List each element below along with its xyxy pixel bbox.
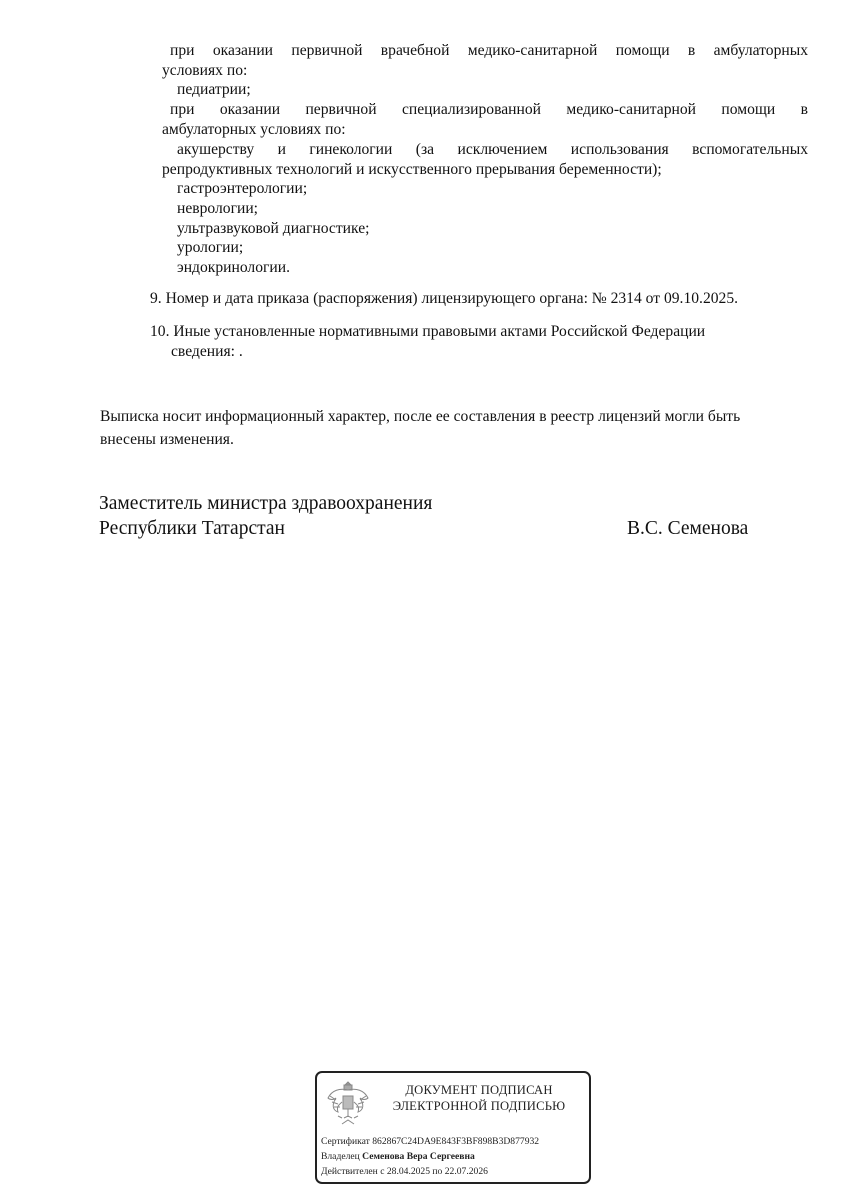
- certificate-value: 862867C24DA9E843F3BF898B3D877932: [372, 1136, 539, 1147]
- activity-item: эндокринологии.: [177, 258, 290, 277]
- activity-item: гастроэнтерологии;: [177, 179, 307, 198]
- coat-of-arms-icon: [324, 1078, 372, 1128]
- activity-item-cont: репродуктивных технологий и искусственно…: [162, 160, 662, 179]
- validity-row: Действителен с 28.04.2025 по 22.07.2026: [321, 1166, 488, 1178]
- owner-value: Семенова Вера Сергеевна: [362, 1151, 475, 1162]
- activity-item: педиатрии;: [177, 80, 251, 99]
- primary-care-intro: при оказании первичной врачебной медико-…: [162, 41, 808, 60]
- order-number-item: 9. Номер и дата приказа (распоряжения) л…: [150, 289, 738, 308]
- other-info-item: 10. Иные установленные нормативными прав…: [150, 322, 705, 341]
- signatory-position: Заместитель министра здравоохранения: [99, 492, 432, 516]
- other-info-item-cont: сведения: .: [171, 342, 243, 361]
- activity-item: урологии;: [177, 238, 243, 257]
- specialized-care-intro-cont: амбулаторных условиях по:: [162, 120, 346, 139]
- stamp-title: ДОКУМЕНТ ПОДПИСАН ЭЛЕКТРОННОЙ ПОДПИСЬЮ: [379, 1082, 579, 1114]
- activity-item: ультразвуковой диагностике;: [177, 219, 369, 238]
- signatory-name: В.С. Семенова: [627, 517, 748, 541]
- disclaimer-note-cont: внесены изменения.: [100, 428, 234, 452]
- primary-care-intro-cont: условиях по:: [162, 61, 247, 80]
- electronic-signature-stamp: ДОКУМЕНТ ПОДПИСАН ЭЛЕКТРОННОЙ ПОДПИСЬЮ С…: [315, 1071, 591, 1184]
- certificate-row: Сертификат 862867C24DA9E843F3BF898B3D877…: [321, 1136, 539, 1148]
- disclaimer-note: Выписка носит информационный характер, п…: [100, 405, 740, 429]
- signatory-position-cont: Республики Татарстан: [99, 517, 285, 541]
- activity-item: акушерству и гинекологии (за исключением…: [162, 140, 808, 159]
- activity-item: неврологии;: [177, 199, 258, 218]
- specialized-care-intro: при оказании первичной специализированно…: [162, 100, 808, 119]
- owner-row: Владелец Семенова Вера Сергеевна: [321, 1151, 475, 1163]
